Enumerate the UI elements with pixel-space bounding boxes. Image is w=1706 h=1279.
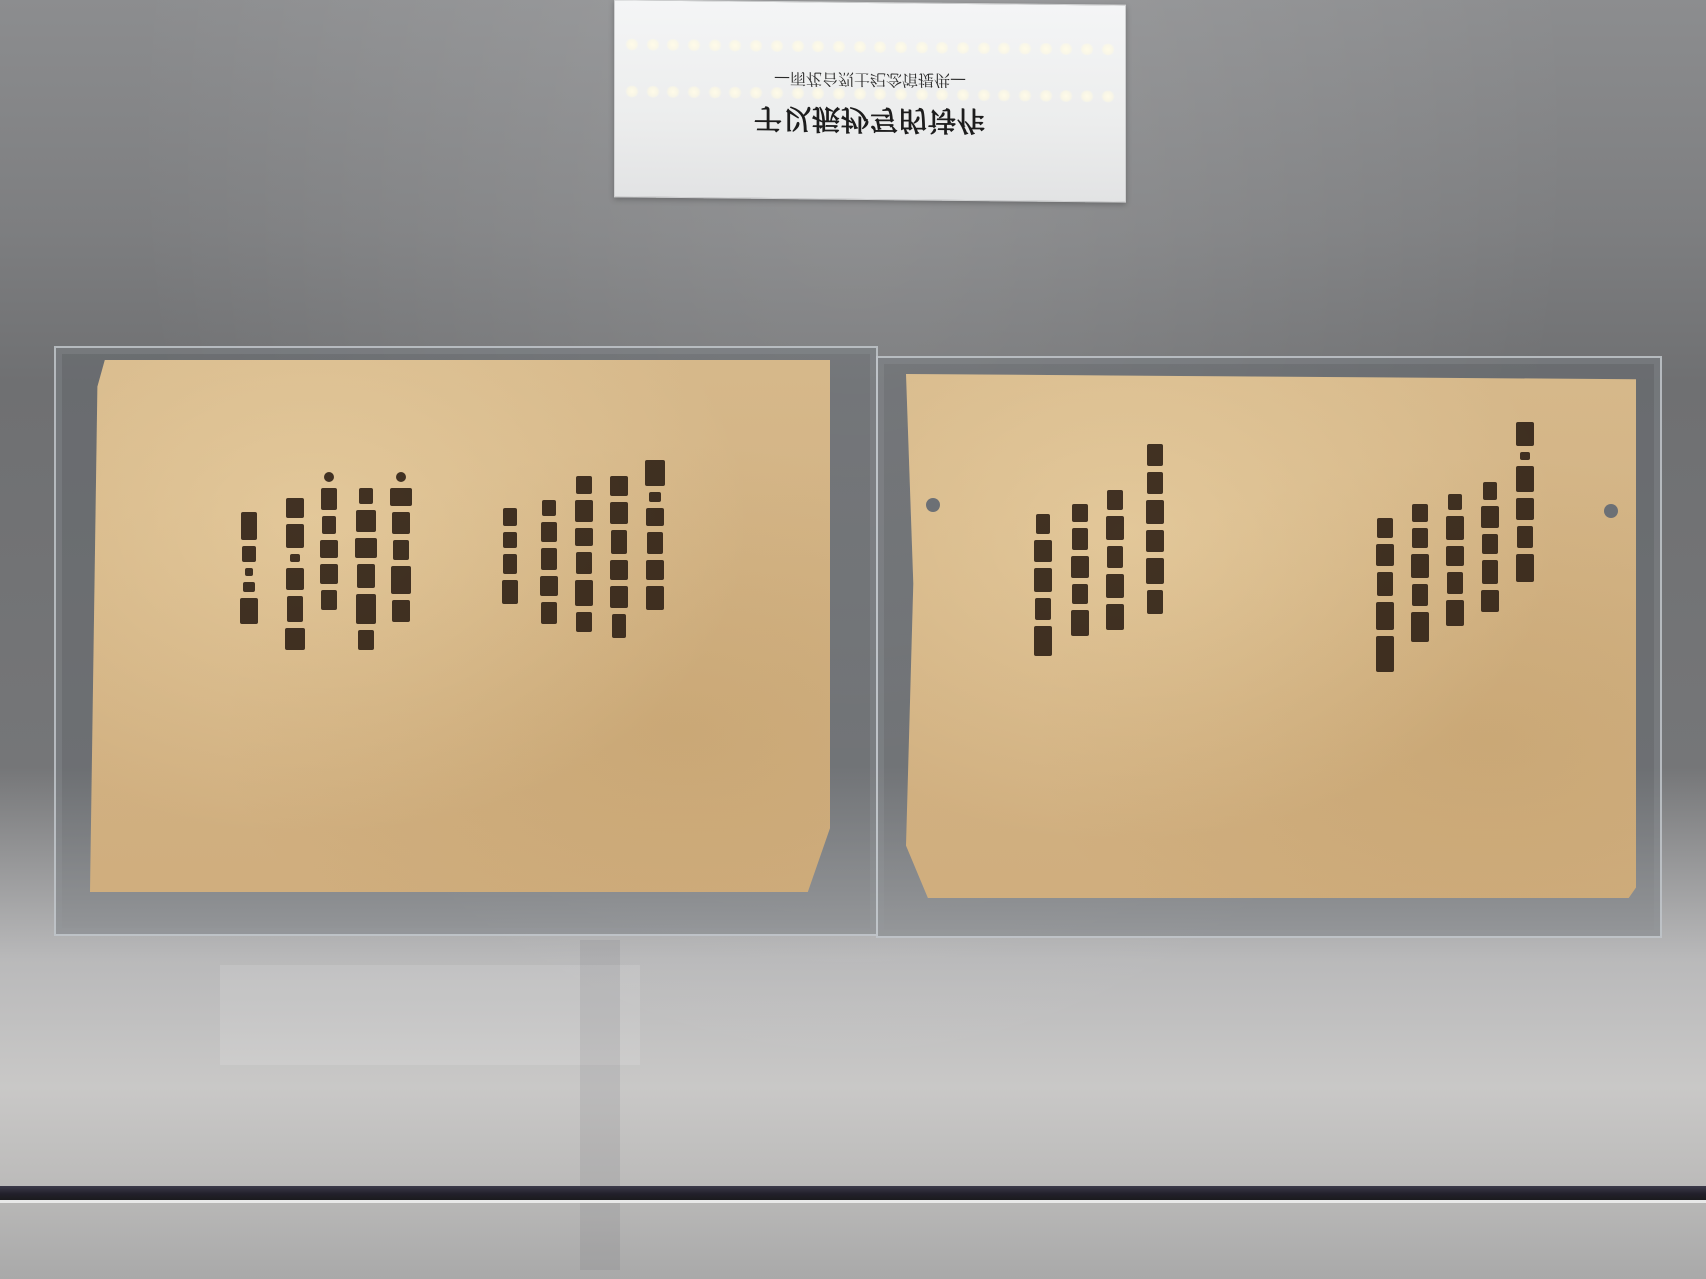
glass-reflection — [220, 965, 640, 1065]
handwriting-column — [1516, 422, 1534, 582]
handwriting-column — [502, 508, 518, 604]
handwriting-column — [355, 488, 377, 650]
manuscript-sheet-right — [906, 374, 1636, 898]
handwriting-column — [285, 498, 305, 650]
handwriting-column — [1034, 514, 1052, 656]
handwriting-column — [1146, 444, 1164, 614]
handwriting-column — [1411, 504, 1429, 642]
handwriting-column — [1106, 490, 1124, 630]
handwriting-column — [240, 512, 258, 624]
handwriting-column — [610, 476, 628, 638]
punch-hole — [926, 498, 940, 512]
handwriting-column — [1446, 494, 1464, 626]
handwriting-column — [320, 472, 338, 610]
manuscript-sheet-left — [90, 360, 830, 892]
handwriting-column — [1481, 482, 1499, 612]
rail-highlight — [0, 1200, 1706, 1203]
punch-hole — [1604, 504, 1618, 518]
handwriting-column — [575, 476, 593, 632]
display-case-rail — [0, 1186, 1706, 1200]
light-reflection-row — [625, 38, 1115, 55]
handwriting-column — [1376, 518, 1394, 672]
handwriting-column — [645, 460, 665, 610]
handwriting-column — [1071, 504, 1089, 636]
label-title: 于以振抄写的诗作 — [615, 98, 1125, 143]
handwriting-column — [540, 500, 558, 624]
exhibit-label-card: 于以振抄写的诗作 —雨花台烈士纪念馆提供— — [614, 0, 1126, 203]
handwriting-column — [390, 472, 412, 622]
glass-reflection — [580, 940, 620, 1270]
